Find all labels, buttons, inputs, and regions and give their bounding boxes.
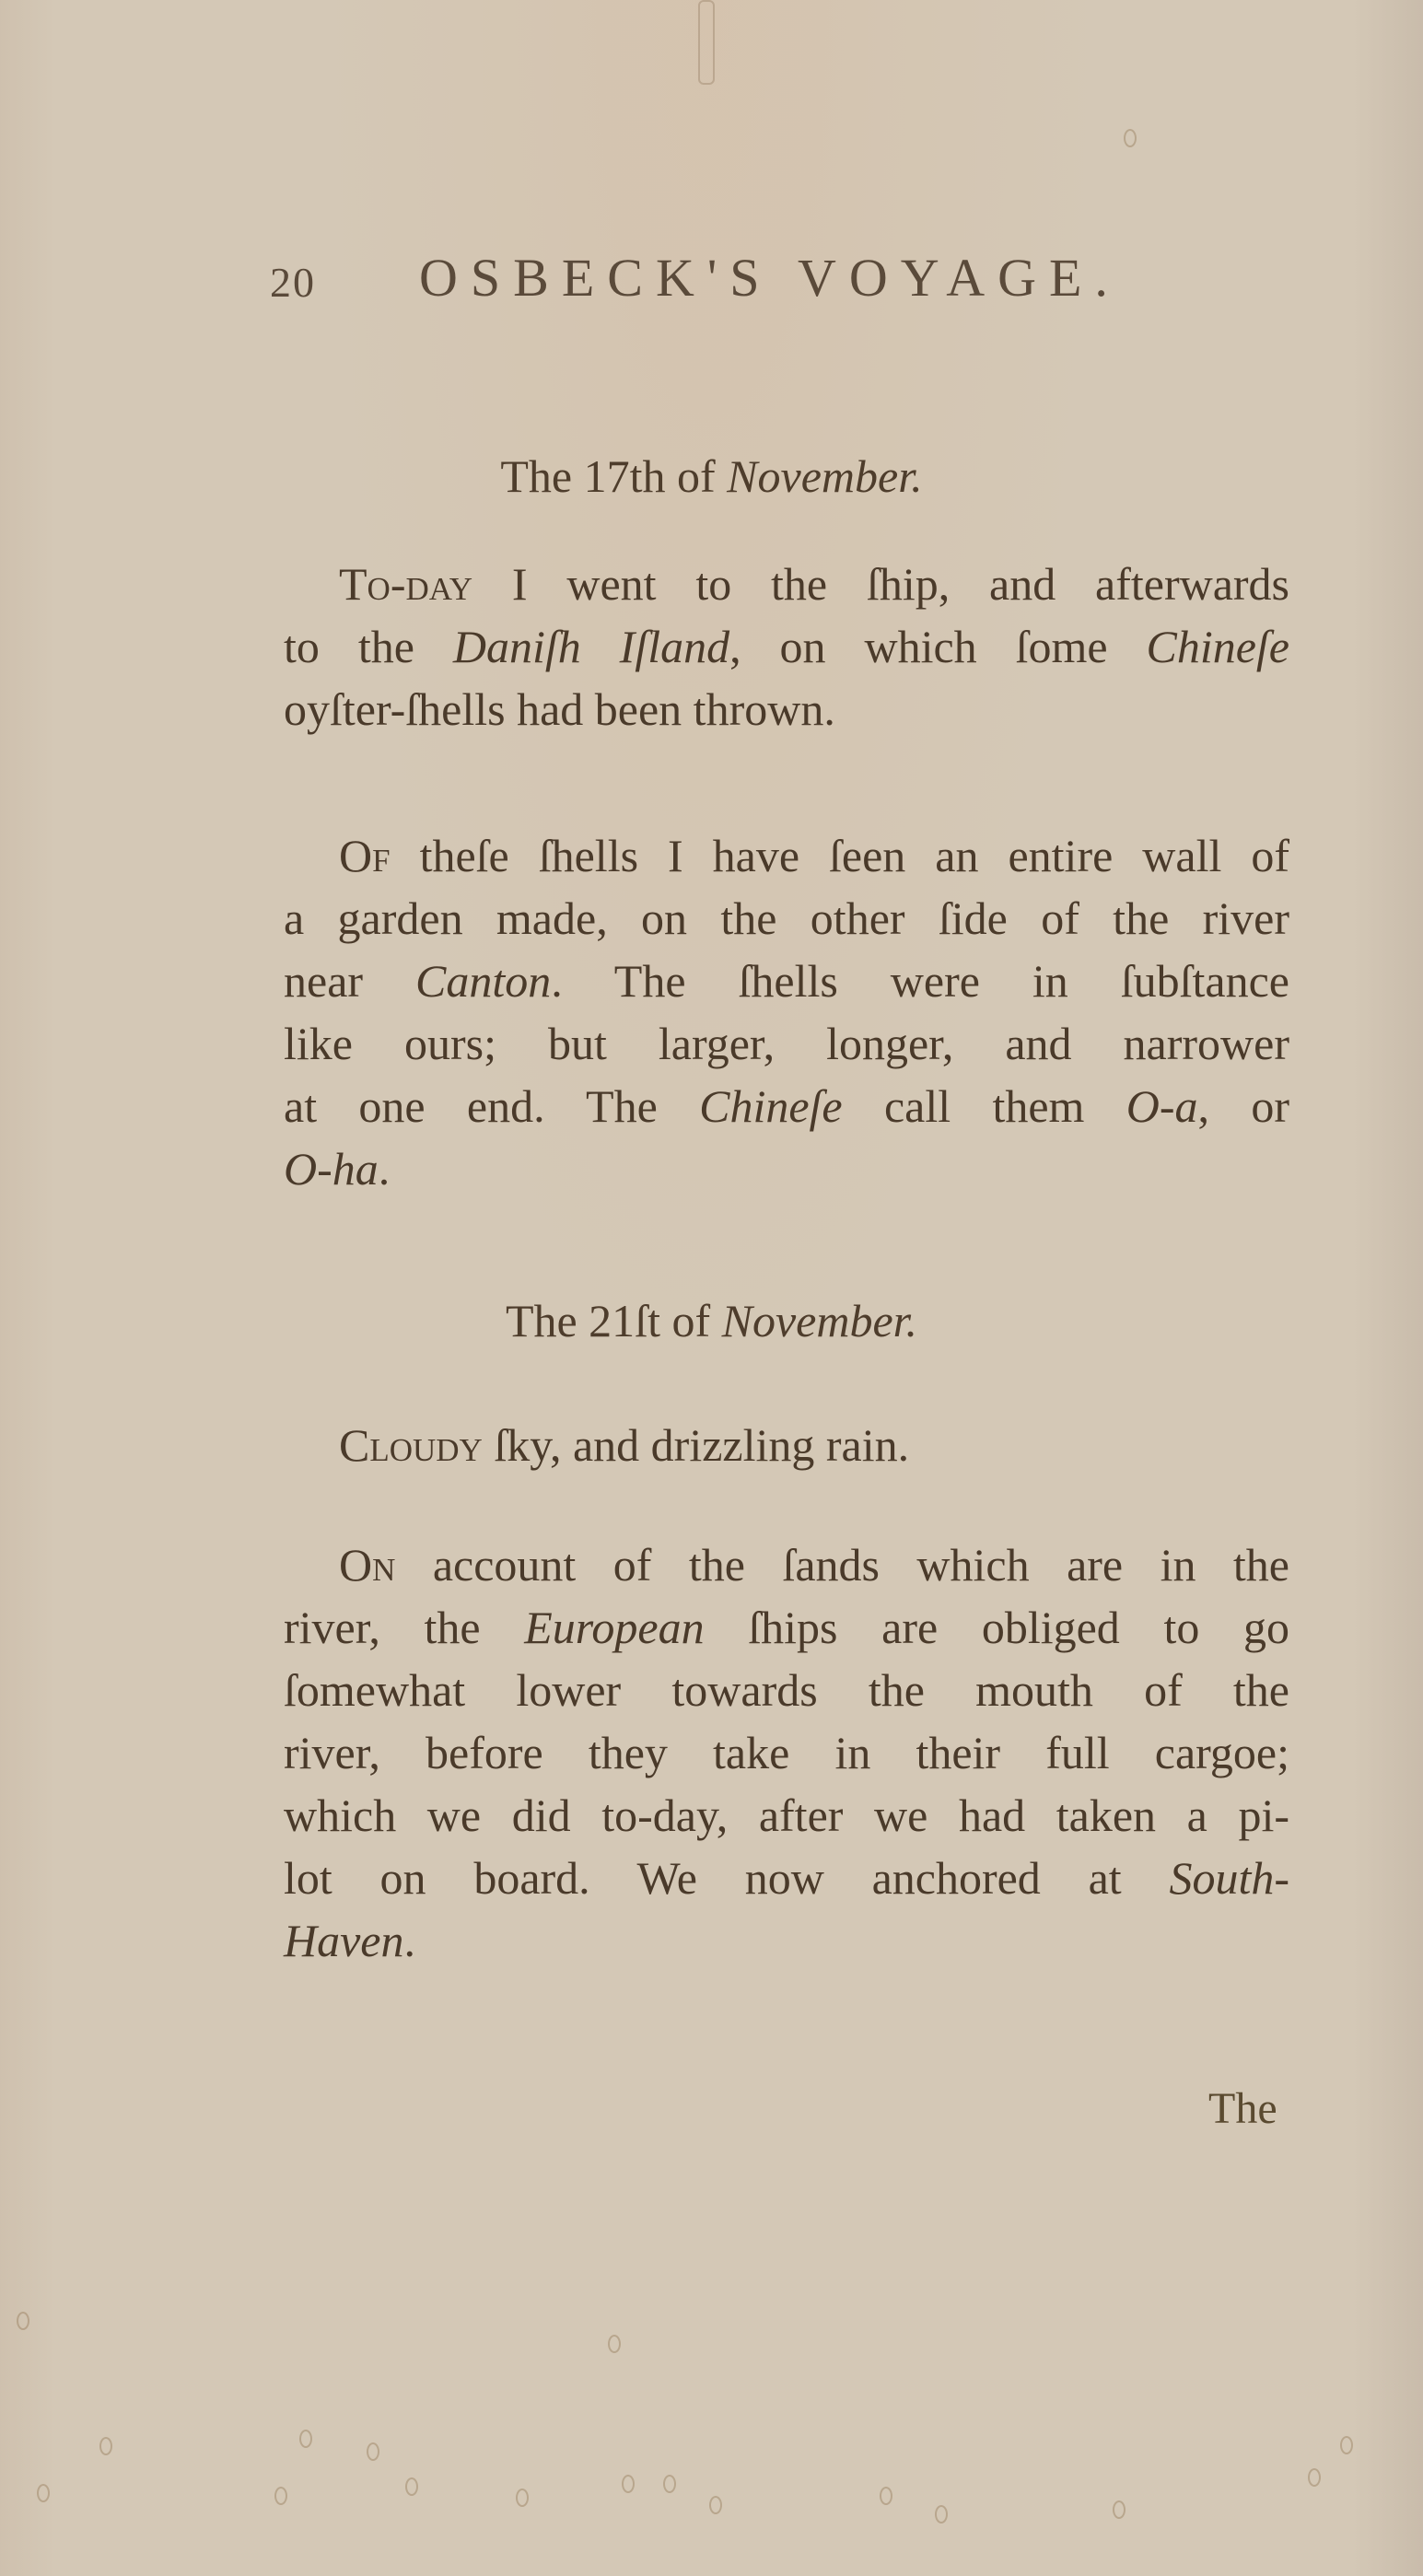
small-caps-lead: Cloudy: [339, 1419, 483, 1471]
text-line: a garden made, on the other ſide of the …: [284, 887, 1289, 950]
italic-text: Daniſh Iſland: [453, 621, 729, 672]
line-text: ſhips are obliged to go: [705, 1602, 1289, 1653]
line-text: river, the: [284, 1602, 524, 1653]
line-text: which we did to-day, after we had taken …: [284, 1789, 1289, 1841]
paragraph: On account of the ſands which are in the…: [284, 1533, 1289, 1972]
page-number: 20: [270, 258, 316, 307]
text-line: Cloudy ſky, and drizzling rain.: [284, 1414, 1289, 1476]
text-line: at one end. The Chineſe call them O-a, o…: [284, 1075, 1289, 1137]
italic-text: Chineſe: [699, 1080, 843, 1132]
paragraph: To-day I went to the ſhip, and afterward…: [284, 553, 1289, 740]
small-caps-lead: To-day: [339, 558, 472, 610]
heading-prefix: The 17th of: [500, 450, 715, 502]
line-text: oyſter-ſhells had been thrown.: [284, 683, 835, 735]
line-text: ſky, and drizzling rain.: [483, 1419, 909, 1471]
line-text: a garden made, on the other ſide of the …: [284, 892, 1289, 944]
text-line: lot on board. We now anchored at South-: [284, 1847, 1289, 1909]
line-text: near: [284, 955, 415, 1007]
text-line: Of theſe ſhells I have ſeen an entire wa…: [284, 824, 1289, 887]
paragraph: Of theſe ſhells I have ſeen an entire wa…: [284, 824, 1289, 1200]
running-head: 20 OSBECK'S VOYAGE.: [270, 247, 1237, 321]
text-line: Haven.: [284, 1909, 1289, 1972]
line-text: call them: [843, 1080, 1126, 1132]
small-caps-lead: Of: [339, 830, 391, 881]
italic-text: Canton: [415, 955, 551, 1007]
small-caps-lead: On: [339, 1539, 395, 1591]
italic-text: European: [524, 1602, 704, 1653]
line-text: ſomewhat lower towards the mouth of the: [284, 1664, 1289, 1716]
line-text: river, before they take in their full ca…: [284, 1727, 1289, 1778]
entry-heading-nov-17: The 17th of November.: [0, 449, 1423, 503]
text-line: river, the European ſhips are obliged to…: [284, 1596, 1289, 1659]
entry-heading-nov-21: The 21ſt of November.: [0, 1294, 1423, 1347]
text-line: On account of the ſands which are in the: [284, 1533, 1289, 1596]
line-text: I went to the ſhip, and afterwards: [472, 558, 1289, 610]
text-line: oyſter-ſhells had been thrown.: [284, 678, 1289, 740]
line-text: like ours; but larger, longer, and narro…: [284, 1018, 1289, 1069]
text-line: ſomewhat lower towards the mouth of the: [284, 1659, 1289, 1721]
heading-prefix: The 21ſt of: [506, 1295, 710, 1346]
italic-text: South-: [1169, 1852, 1289, 1904]
paragraph: Cloudy ſky, and drizzling rain.: [284, 1414, 1289, 1476]
italic-text: O-ha: [284, 1143, 379, 1195]
text-line: near Canton. The ſhells were in ſubſtanc…: [284, 950, 1289, 1012]
line-text: . The ſhells were in ſubſtance: [551, 955, 1289, 1007]
text-line: to the Daniſh Iſland, on which ſome Chin…: [284, 615, 1289, 678]
line-text: to the: [284, 621, 453, 672]
line-text: .: [379, 1143, 391, 1195]
line-text: lot on board. We now anchored at: [284, 1852, 1169, 1904]
heading-month: November.: [722, 1295, 917, 1346]
line-text: account of the ſands which are in the: [395, 1539, 1289, 1591]
line-text: , on which ſome: [729, 621, 1146, 672]
line-text: .: [404, 1915, 416, 1966]
heading-month: November.: [727, 450, 922, 502]
italic-text: Haven: [284, 1915, 404, 1966]
line-text: theſe ſhells I have ſeen an entire wall …: [391, 830, 1289, 881]
line-text: at one end. The: [284, 1080, 699, 1132]
text-line: which we did to-day, after we had taken …: [284, 1784, 1289, 1847]
book-page: 20 OSBECK'S VOYAGE. The 17th of November…: [0, 0, 1423, 2576]
italic-text: Chineſe: [1146, 621, 1289, 672]
running-title: OSBECK'S VOYAGE.: [419, 247, 1121, 309]
italic-text: O-a: [1126, 1080, 1198, 1132]
text-line: like ours; but larger, longer, and narro…: [284, 1012, 1289, 1075]
line-text: , or: [1198, 1080, 1289, 1132]
catchword: The: [1208, 2083, 1277, 2134]
text-line: river, before they take in their full ca…: [284, 1721, 1289, 1784]
paper-stain: [698, 0, 715, 85]
text-line: O-ha.: [284, 1137, 1289, 1200]
text-line: To-day I went to the ſhip, and afterward…: [284, 553, 1289, 615]
